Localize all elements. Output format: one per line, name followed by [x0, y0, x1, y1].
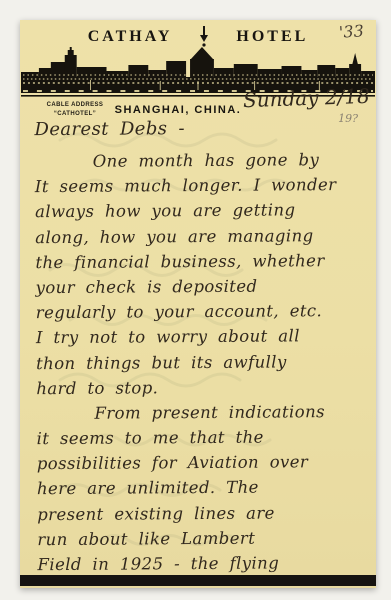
letter-line: From present indications: [36, 399, 370, 427]
letter-line: present existing lines are: [37, 499, 371, 527]
letter-line: your check is deposited: [35, 273, 369, 301]
salutation: Dearest Debs -: [34, 117, 368, 149]
scanned-letter-page: { "colors": { "background": "#f2f1ec", "…: [0, 0, 391, 600]
letter-line: regularly to your account, etc.: [36, 298, 370, 326]
letter-body: Dearest Debs - One month has gone by It …: [34, 117, 371, 578]
cathay-logo-icon: [198, 26, 210, 48]
letterhead-title: CATHAY HOTEL: [20, 26, 376, 48]
handwritten-date: Sunday 2/18: [243, 84, 371, 112]
scan-edge-band: [20, 575, 376, 586]
letter-line: along, how you are managing: [35, 222, 369, 250]
hotel-name-right: HOTEL: [236, 28, 308, 46]
letter-line: hard to stop.: [36, 374, 370, 402]
letter-line: possibilities for Aviation over: [37, 449, 371, 477]
letter-paper: CATHAY HOTEL: [20, 20, 376, 588]
letter-line: it seems to me that the: [37, 424, 371, 452]
letter-line: It seems much longer. I wonder: [35, 172, 369, 200]
letter-line: I try not to worry about all: [36, 323, 370, 351]
letter-line: One month has gone by: [35, 147, 369, 175]
letter-line: here are unlimited. The: [37, 474, 371, 502]
hotel-name-left: CATHAY: [88, 28, 173, 46]
year-annotation: '33: [339, 21, 365, 42]
letter-line: the financial business, whether: [35, 248, 369, 276]
letter-line: Field in 1925 - the flying: [37, 550, 371, 578]
letter-line: always how you are getting: [35, 197, 369, 225]
letter-line: run about like Lambert: [37, 525, 371, 553]
letter-line: thon things but its awfully: [36, 348, 370, 376]
